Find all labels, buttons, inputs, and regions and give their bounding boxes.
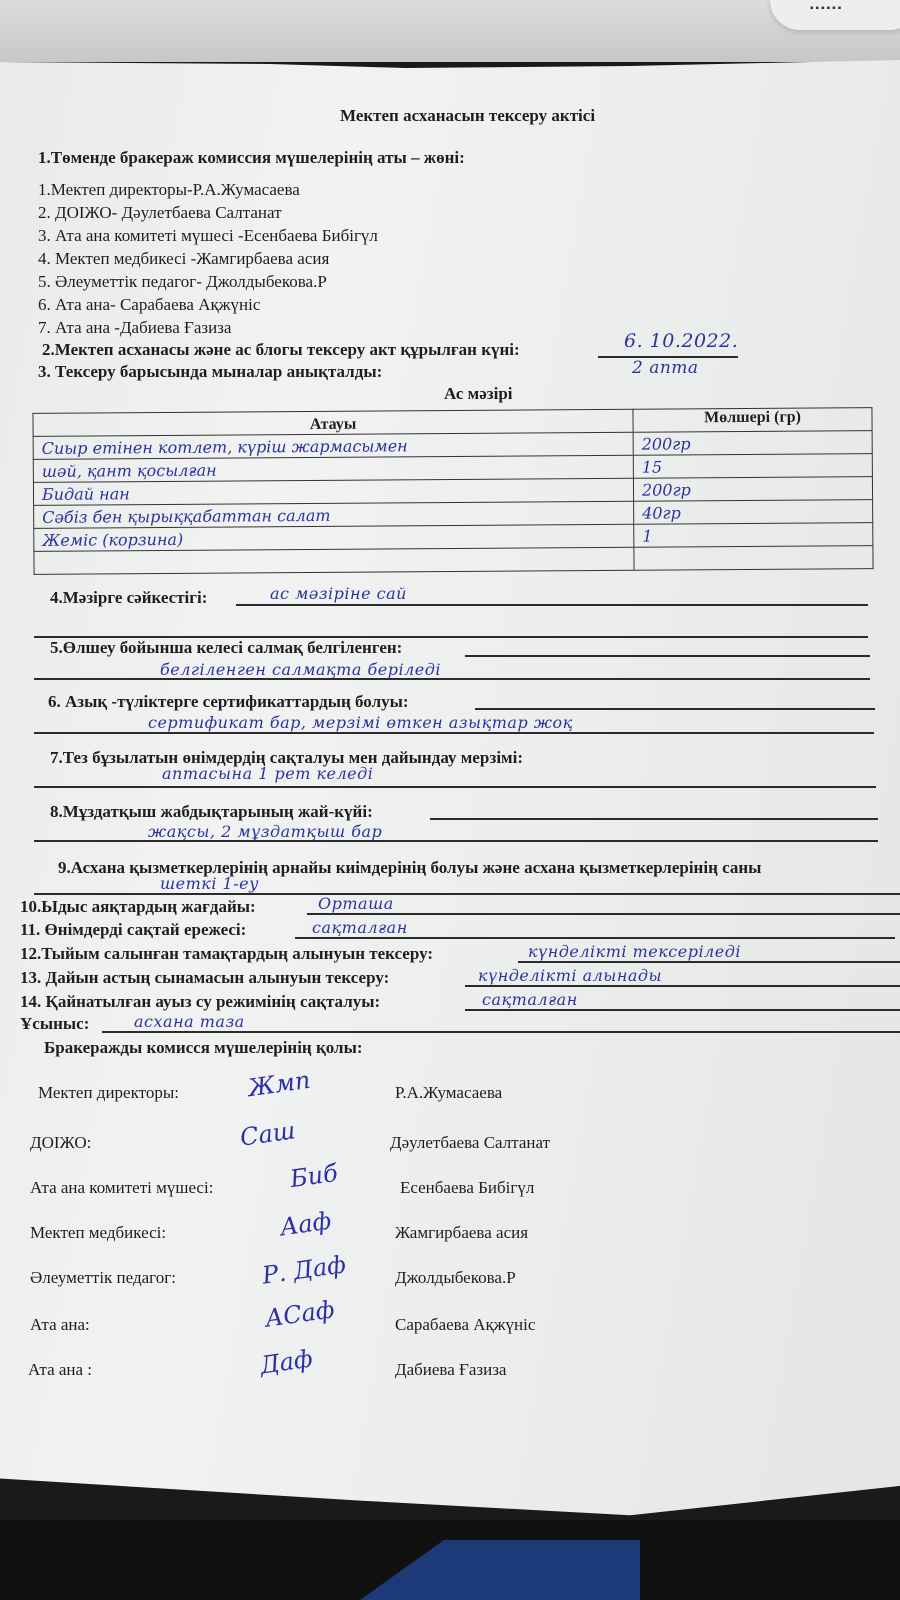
- answer-line: [518, 961, 900, 963]
- sign-name: Жамгирбаева асия: [395, 1223, 528, 1243]
- sign-role: Ата ана:: [30, 1315, 90, 1335]
- answer-line: [236, 604, 868, 606]
- item12-label: 12.Тыйым салынған тамақтардың алынуын те…: [20, 944, 433, 964]
- item6-answer: сертификат бар, мерзімі өткен азықтар жо…: [148, 713, 573, 732]
- dish-amount: 200гр: [633, 477, 872, 502]
- recommendation-label: Ұсыныс:: [20, 1014, 89, 1034]
- menu-title: Ас мәзірі: [444, 384, 513, 404]
- answer-line: [34, 893, 900, 895]
- signatures-heading: Бракеражды комисся мүшелерінің қолы:: [44, 1038, 363, 1058]
- answer-line: [465, 1009, 900, 1011]
- answer-line: [465, 985, 900, 987]
- member-3: 3. Ата ана комитеті мүшесі -Есенбаева Би…: [38, 226, 378, 246]
- answer-line: [102, 1031, 900, 1033]
- item10-answer: Орташа: [318, 894, 394, 913]
- answer-line: [475, 708, 875, 710]
- item5-answer: белгіленген салмақта беріледі: [160, 660, 441, 679]
- item14-label: 14. Қайнатылған ауыз су режимінің сақтал…: [20, 992, 380, 1012]
- dish-amount: 15: [633, 454, 872, 479]
- member-4: 4. Мектеп медбикесі -Жамгирбаева асия: [38, 249, 329, 269]
- item11-label: 11. Өнімдерді сақтай ережесі:: [20, 920, 246, 940]
- item5-label: 5.Өлшеу бойынша келесі салмақ белгіленге…: [50, 638, 402, 658]
- member-2: 2. ДОІЖО- Дәулетбаева Салтанат: [38, 203, 282, 223]
- sign-role: ДОІЖО:: [30, 1133, 91, 1153]
- phone-corner: ▪▪▪▪▪▪: [770, 0, 900, 30]
- member-7: 7. Ата ана -Дабиева Ғазиза: [38, 318, 231, 338]
- column-amount-header: Мөлшері (гр): [633, 408, 872, 433]
- item14-answer: сақталған: [482, 990, 578, 1009]
- dish-amount: [634, 546, 873, 571]
- inspection-week: 2 апта: [632, 358, 699, 378]
- sign-name: Дәулетбаева Салтанат: [390, 1133, 550, 1153]
- answer-line: [465, 655, 870, 657]
- item13-label: 13. Дайын астың сынамасын алынуын тексер…: [20, 968, 389, 988]
- sign-role: Мектеп медбикесі:: [30, 1223, 166, 1243]
- sign-name: Сарабаева Ақжүніс: [395, 1315, 535, 1335]
- item8-answer: жақсы, 2 мұздатқыш бар: [148, 822, 382, 841]
- answer-line: [34, 786, 876, 788]
- member-6: 6. Ата ана- Сарабаева Ақжүніс: [38, 295, 260, 315]
- member-1: 1.Мектеп директоры-Р.А.Жумасаева: [38, 180, 300, 200]
- answer-line: [307, 913, 900, 915]
- sign-name: Р.А.Жумасаева: [395, 1083, 502, 1103]
- dish-amount: 40гр: [634, 500, 873, 525]
- dish-amount: 1: [634, 523, 873, 548]
- dish-amount: 200гр: [633, 431, 872, 456]
- section3-label: 3. Тексеру барысында мыналар анықталды:: [38, 362, 382, 382]
- sign-role: Әлеуметтік педагог:: [30, 1268, 176, 1288]
- item12-answer: күнделікті тексеріледі: [528, 942, 741, 961]
- sign-role: Ата ана :: [28, 1360, 92, 1380]
- item9-answer: шеткі 1-еу: [160, 874, 259, 893]
- sign-name: Есенбаева Бибігүл: [400, 1178, 534, 1198]
- item4-label: 4.Мәзірге сәйкестігі:: [50, 588, 207, 608]
- item7-answer: аптасына 1 рет келеді: [162, 764, 373, 783]
- sign-role: Ата ана комитеті мүшесі:: [30, 1178, 213, 1198]
- item10-label: 10.Ыдыс аяқтардың жағдайы:: [20, 897, 256, 917]
- item8-label: 8.Мұздатқыш жабдықтарының жай-күйі:: [50, 802, 373, 822]
- answer-line: [430, 818, 878, 820]
- recommendation-answer: асхана таза: [134, 1012, 245, 1031]
- dish-name: [34, 547, 634, 574]
- document-title: Мектеп асханасын тексеру актісі: [340, 106, 595, 126]
- answer-line: [34, 678, 870, 680]
- sign-role: Мектеп директоры:: [38, 1083, 179, 1103]
- answer-line: [34, 840, 878, 842]
- item6-label: 6. Азық -түліктерге сертификаттардың бол…: [48, 692, 409, 712]
- item4-answer: ас мәзіріне сай: [270, 584, 407, 603]
- member-5: 5. Әлеуметтік педагог- Джолдыбекова.Р: [38, 272, 327, 292]
- inspection-date: 6. 10.2022.: [624, 330, 738, 352]
- answer-line: [295, 937, 895, 939]
- menu-table: Атауы Мөлшері (гр) Сиыр етінен котлет, к…: [32, 407, 873, 575]
- section1-heading: 1.Төменде бракераж комиссия мүшелерінің …: [38, 148, 465, 168]
- answer-line: [34, 732, 874, 734]
- sign-name: Дабиева Ғазиза: [395, 1360, 506, 1380]
- background-surface: [0, 0, 900, 62]
- item13-answer: күнделікті алынады: [478, 966, 662, 985]
- item11-answer: сақталған: [312, 918, 408, 937]
- section2-label: 2.Мектеп асханасы және ас блогы тексеру …: [42, 340, 520, 360]
- sign-name: Джолдыбекова.Р: [395, 1268, 516, 1288]
